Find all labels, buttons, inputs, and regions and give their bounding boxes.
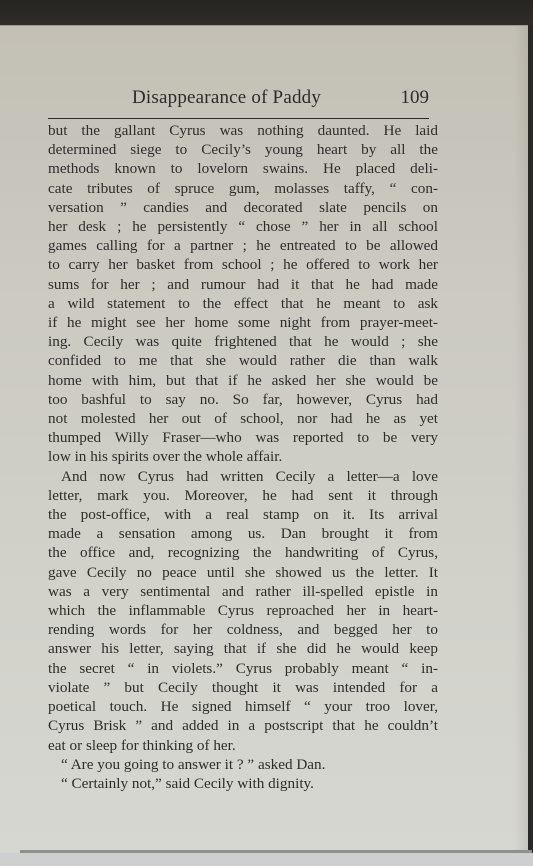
text-line: low in his spirits over the whole affair…	[48, 447, 438, 466]
running-header: Disappearance of Paddy 109	[48, 82, 429, 119]
text-line: the secret “ in violets.” Cyrus probably…	[48, 659, 438, 678]
text-line: poetical touch. He signed himself “ your…	[48, 697, 438, 716]
text-line: made a sensation among us. Dan brought i…	[48, 524, 438, 543]
text-line: sums for her ; and rumour had it that he…	[48, 275, 438, 294]
text-line: which the inflammable Cyrus reproached h…	[48, 601, 438, 620]
text-line: answer his letter, saying that if she di…	[48, 639, 438, 658]
chapter-title: Disappearance of Paddy	[132, 87, 321, 109]
background-bottom	[0, 853, 533, 866]
text-line: cate tributes of spruce gum, molasses ta…	[48, 179, 438, 198]
text-line: games calling for a partner ; he entreat…	[48, 236, 438, 255]
text-line: rending words for her coldness, and begg…	[48, 620, 438, 639]
text-line: gave Cecily no peace until she showed us…	[48, 563, 438, 582]
text-line: too bashful to say no. So far, however, …	[48, 390, 438, 409]
text-line: methods known to lovelorn swains. He pla…	[48, 159, 438, 178]
background-top-edge	[0, 0, 533, 26]
text-line: eat or sleep for thinking of her.	[48, 736, 438, 755]
text-line: confided to me that she would rather die…	[48, 351, 438, 370]
text-line: not molested her out of school, nor had …	[48, 409, 438, 428]
text-line: the post-office, with a real stamp on it…	[48, 505, 438, 524]
text-line: but the gallant Cyrus was nothing daunte…	[48, 121, 438, 140]
text-line: to carry her basket from school ; he off…	[48, 255, 438, 274]
text-line: her desk ; he persistently “ chose ” her…	[48, 217, 438, 236]
text-line: ing. Cecily was quite frightened that he…	[48, 332, 438, 351]
text-line: was a very sentimental and rather ill-sp…	[48, 582, 438, 601]
text-line: thumped Willy Fraser—who was reported to…	[48, 428, 438, 447]
text-line: if he might see her home some night from…	[48, 313, 438, 332]
text-line: determined siege to Cecily’s young heart…	[48, 140, 438, 159]
dialogue-line: “ Certainly not,” said Cecily with digni…	[48, 774, 438, 793]
text-line: Cyrus Brisk ” and added in a postscript …	[48, 716, 438, 735]
text-line: the office and, recognizing the handwrit…	[48, 543, 438, 562]
text-line: a wild statement to the effect that he m…	[48, 294, 438, 313]
text-line: letter, mark you. Moreover, he had sent …	[48, 486, 438, 505]
text-line: And now Cyrus had written Cecily a lette…	[48, 467, 438, 486]
text-line: versation ” candies and decorated slate …	[48, 198, 438, 217]
page-body-text: but the gallant Cyrus was nothing daunte…	[48, 121, 438, 793]
page-number: 109	[401, 87, 430, 109]
text-line: violate ” but Cecily thought it was inte…	[48, 678, 438, 697]
text-line: home with him, but that if he asked her …	[48, 371, 438, 390]
dialogue-line: “ Are you going to answer it ? ” asked D…	[48, 755, 438, 774]
